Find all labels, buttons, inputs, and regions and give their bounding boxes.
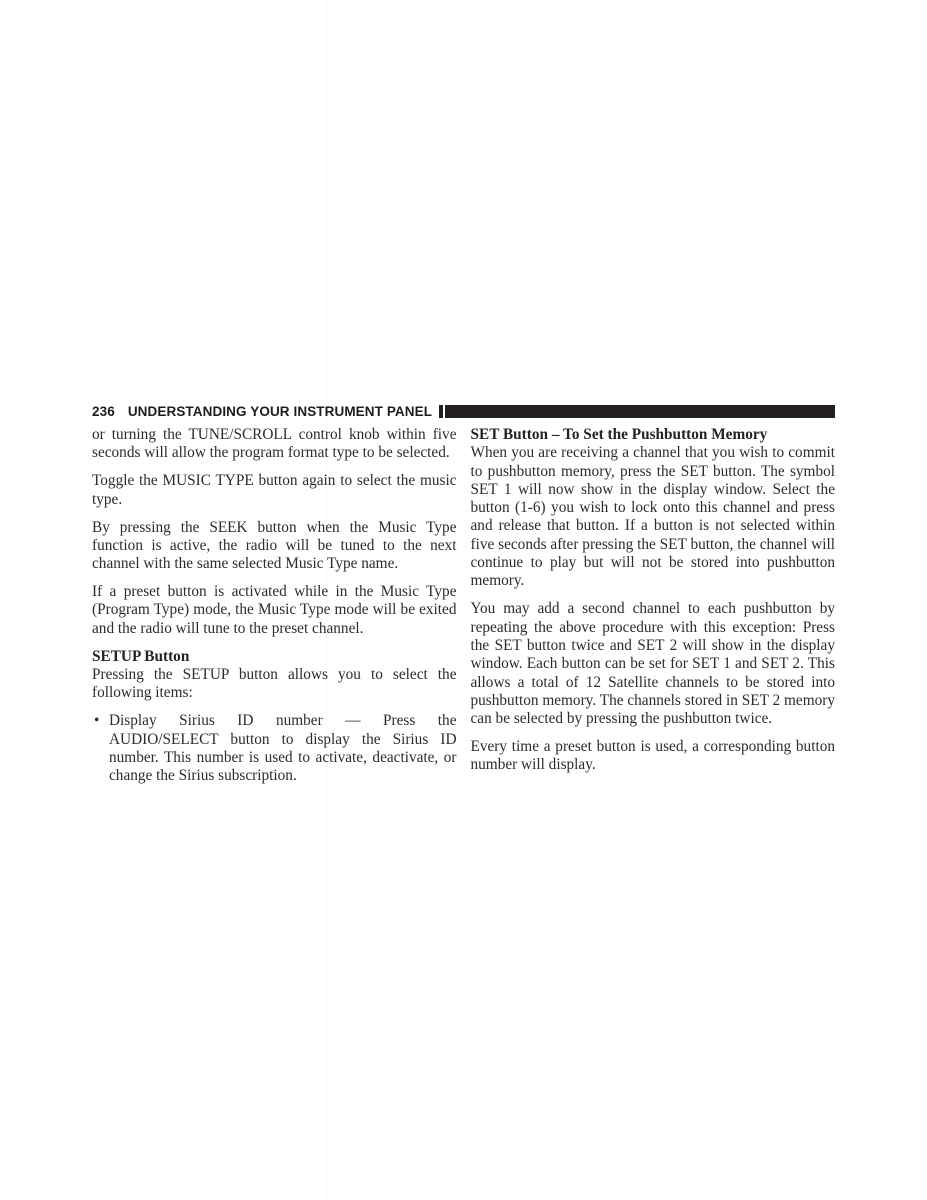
right-column: SET Button – To Set the Pushbutton Memor… xyxy=(471,426,836,795)
paragraph-preset-display: Every time a preset button is used, a co… xyxy=(471,738,836,775)
section-heading-set-button: SET Button – To Set the Pushbutton Memor… xyxy=(471,426,836,444)
bullet-item-sirius-id: • Display Sirius ID number — Press the A… xyxy=(92,712,457,785)
paragraph-second-channel: You may add a second channel to each pus… xyxy=(471,600,836,728)
bullet-text-sirius-id: Display Sirius ID number — Press the AUD… xyxy=(109,712,457,785)
running-header: 236 UNDERSTANDING YOUR INSTRUMENT PANEL xyxy=(92,402,835,420)
paragraph-tune-scroll: or turning the TUNE/SCROLL control knob … xyxy=(92,426,457,463)
manual-page: 236 UNDERSTANDING YOUR INSTRUMENT PANEL … xyxy=(0,0,927,1200)
paragraph-set-button-memory: When you are receiving a channel that yo… xyxy=(471,444,836,590)
paragraph-preset-music-type: If a preset button is activated while in… xyxy=(92,583,457,638)
left-column: or turning the TUNE/SCROLL control knob … xyxy=(92,426,457,795)
paragraph-seek-button: By pressing the SEEK button when the Mus… xyxy=(92,519,457,574)
header-rule-bar xyxy=(439,405,835,418)
bullet-marker: • xyxy=(92,712,109,785)
paragraph-toggle-music-type: Toggle the MUSIC TYPE button again to se… xyxy=(92,472,457,509)
paragraph-setup-intro: Pressing the SETUP button allows you to … xyxy=(92,666,457,703)
page-number: 236 xyxy=(92,404,115,419)
section-heading-setup-button: SETUP Button xyxy=(92,648,457,666)
header-rule-notch xyxy=(439,405,443,418)
running-header-title: UNDERSTANDING YOUR INSTRUMENT PANEL xyxy=(128,404,432,419)
two-column-body: or turning the TUNE/SCROLL control knob … xyxy=(92,426,835,795)
header-rule-main xyxy=(445,405,835,418)
